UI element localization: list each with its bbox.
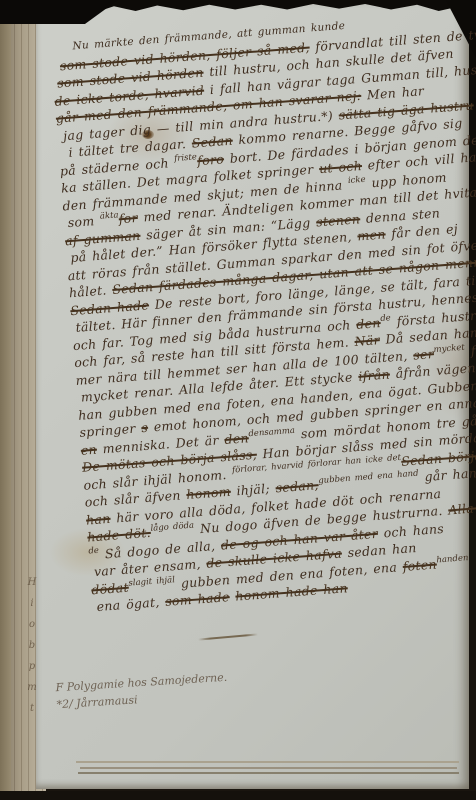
bleed-letter: i	[24, 593, 40, 614]
struck-text: ut och	[319, 158, 363, 176]
struck-text: När	[354, 332, 380, 349]
handwritten-text: ihjäl;	[230, 480, 276, 498]
handwritten-text: de två gu-	[446, 24, 476, 44]
interlinear-insertion: handen	[436, 553, 469, 565]
struck-text: stenen	[316, 211, 361, 229]
bleed-letter: H	[24, 572, 40, 593]
interlinear-insertion: friste	[174, 152, 197, 164]
interlinear-insertion: lågo döda	[150, 521, 194, 534]
underlying-page-edge	[0, 0, 11, 800]
struck-text: han	[86, 510, 112, 527]
handwritten-text: och hans	[377, 520, 444, 540]
interlinear-insertion: mycket	[433, 342, 465, 354]
bleed-letter: t	[24, 698, 40, 719]
page-edge-line	[78, 772, 459, 774]
interlinear-insertion: icke	[348, 174, 366, 185]
handwritten-text: hålet.	[68, 282, 112, 300]
struck-text: sedan,	[275, 477, 319, 495]
bleed-letter: b	[24, 635, 40, 656]
struck-text: foten	[402, 556, 437, 574]
manuscript-text: Nu märkte den främmande, att gumman kund…	[50, 10, 476, 616]
handwritten-text: folk och	[464, 339, 476, 358]
struck-text: en	[80, 441, 97, 457]
interlinear-insertion: de	[88, 545, 99, 556]
interlinear-insertion: de	[380, 313, 391, 324]
interlinear-insertion: äkta	[99, 210, 118, 221]
struck-text: den	[356, 315, 381, 332]
bleed-letter: m	[24, 677, 40, 698]
handwritten-text: som	[67, 213, 101, 230]
manuscript-photo: Nu märkte den främmande, att gumman kund…	[0, 0, 476, 800]
struck-text: den	[224, 430, 249, 447]
struck-text: men	[357, 226, 386, 243]
margin-bleed-letters: Hiobpmt	[24, 572, 40, 719]
struck-text: Alla dago,	[448, 497, 476, 517]
struck-text: Sedan	[191, 133, 233, 151]
struck-text: honom	[186, 484, 232, 502]
struck-text: som hade	[165, 589, 231, 609]
struck-text: foro	[197, 151, 225, 168]
page-edge-line	[76, 761, 459, 763]
stacked-page-bottom-edges	[76, 761, 459, 775]
bleed-letter: p	[24, 656, 40, 677]
struck-text: ifrån	[358, 366, 391, 383]
photo-bottom-shadow	[0, 791, 476, 800]
bleed-letter: o	[24, 614, 40, 635]
struck-text: dödat	[91, 579, 130, 597]
struck-text: ser	[413, 346, 435, 363]
page-edge-line	[80, 767, 457, 769]
handwritten-text: ena ögat,	[96, 594, 166, 614]
struck-text: for	[118, 210, 138, 226]
